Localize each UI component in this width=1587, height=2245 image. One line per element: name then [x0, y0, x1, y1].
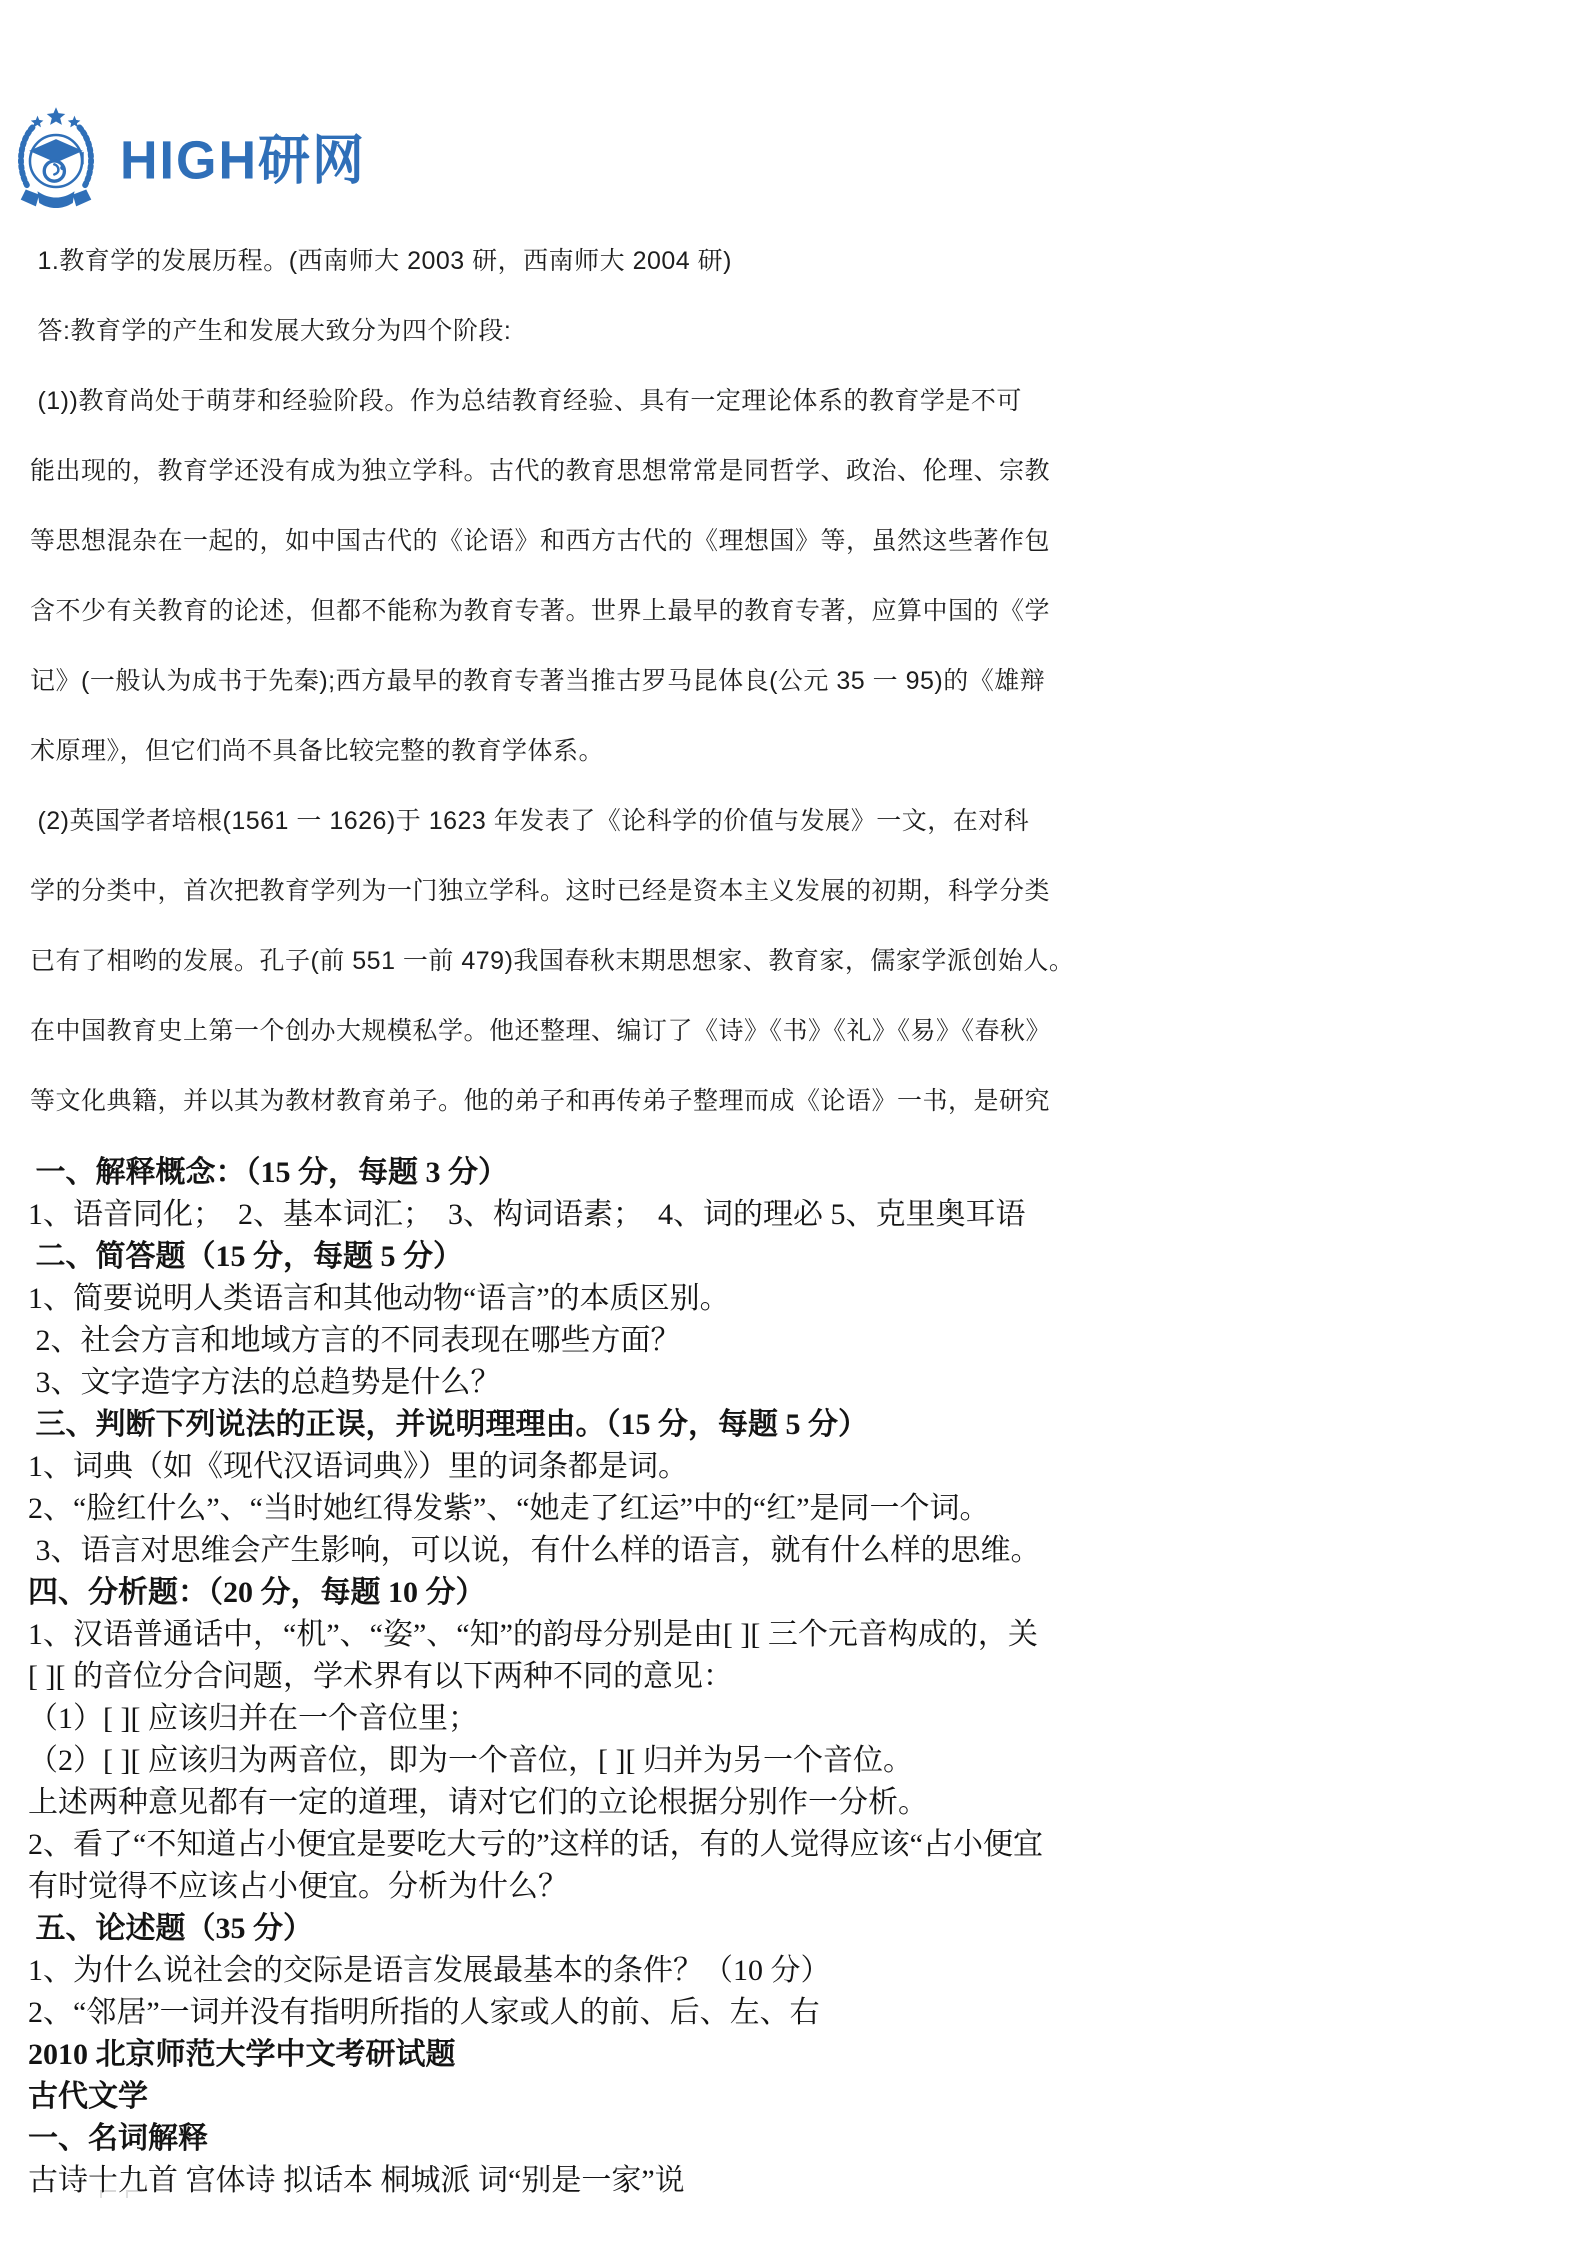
exam-text-line: 2、“邻居”一词并没有指明所指的人家或人的前、后、左、右: [28, 1992, 1587, 2034]
notes-text-line: (1))教育尚处于萌芽和经验阶段。作为总结教育经验、具有一定理论体系的教育学是不…: [30, 366, 1587, 436]
exam-text-line: 二、简答题（15 分，每题 5 分）: [28, 1236, 1587, 1278]
logo-text: HIGH研网: [120, 134, 366, 188]
notes-text-line: 学的分类中，首次把教育学列为一门独立学科。这时已经是资本主义发展的初期，科学分类: [30, 856, 1587, 926]
notes-text-line: 答:教育学的产生和发展大致分为四个阶段:: [30, 296, 1587, 366]
exam-text-line: 2010 北京师范大学中文考研试题: [28, 2034, 1587, 2076]
truncated-line-artifact: [100, 2190, 160, 2198]
notes-text-line: 在中国教育史上第一个创办大规模私学。他还整理、编订了《诗》《书》《礼》《易》《春…: [30, 996, 1587, 1066]
notes-text-line: 1.教育学的发展历程。(西南师大 2003 研，西南师大 2004 研): [30, 226, 1587, 296]
exam-text-line: 2、“脸红什么”、“当时她红得发紫”、“她走了红运”中的“红”是同一个词。: [28, 1488, 1587, 1530]
site-logo: HIGH研网: [0, 0, 1587, 220]
notes-text-line: 含不少有关教育的论述，但都不能称为教育专著。世界上最早的教育专著，应算中国的《学: [30, 576, 1587, 646]
exam-text-line: 古代文学: [28, 2076, 1587, 2118]
exam-text-line: 1、词典（如《现代汉语词典》）里的词条都是词。: [28, 1446, 1587, 1488]
exam-text-line: 一、解释概念：（15 分，每题 3 分）: [28, 1152, 1587, 1194]
exam-text-line: 四、分析题：（20 分，每题 10 分）: [28, 1572, 1587, 1614]
notes-text-line: 能出现的，教育学还没有成为独立学科。古代的教育思想常常是同哲学、政治、伦理、宗教: [30, 436, 1587, 506]
exam-text-line: 有时觉得不应该占小便宜。分析为什么？: [28, 1866, 1587, 1908]
exam-text-line: 五、论述题（35 分）: [28, 1908, 1587, 1950]
exam-text-line: 三、判断下列说法的正误，并说明理理由。（15 分，每题 5 分）: [28, 1404, 1587, 1446]
exam-questions-section: 一、解释概念：（15 分，每题 3 分）1、语音同化； 2、基本词汇； 3、构词…: [28, 1152, 1587, 2202]
exam-text-line: 3、语言对思维会产生影响，可以说，有什么样的语言，就有什么样的思维。: [28, 1530, 1587, 1572]
exam-text-line: 3、文字造字方法的总趋势是什么？: [28, 1362, 1587, 1404]
logo-emblem-icon: [14, 105, 98, 217]
notes-text-line: 等思想混杂在一起的，如中国古代的《论语》和西方古代的《理想国》等，虽然这些著作包: [30, 506, 1587, 576]
exam-text-line: 1、为什么说社会的交际是语言发展最基本的条件？（10 分）: [28, 1950, 1587, 1992]
document-page: HIGH研网 1.教育学的发展历程。(西南师大 2003 研，西南师大 2004…: [0, 0, 1587, 2245]
exam-text-line: 古诗十九首 宫体诗 拟话本 桐城派 词“别是一家”说: [28, 2160, 1587, 2202]
notes-text-line: 记》(一般认为成书于先秦);西方最早的教育专著当推古罗马昆体良(公元 35 一 …: [30, 646, 1587, 716]
exam-text-line: 1、简要说明人类语言和其他动物“语言”的本质区别。: [28, 1278, 1587, 1320]
exam-text-line: （2）[ ][ 应该归为两音位，即为一个音位，[ ][ 归并为另一个音位。: [28, 1740, 1587, 1782]
pedagogy-notes-section: 1.教育学的发展历程。(西南师大 2003 研，西南师大 2004 研) 答:教…: [30, 226, 1587, 1136]
exam-text-line: （1）[ ][ 应该归并在一个音位里；: [28, 1698, 1587, 1740]
exam-text-line: 1、语音同化； 2、基本词汇； 3、构词语素； 4、词的理必 5、克里奥耳语: [28, 1194, 1587, 1236]
exam-text-line: [ ][ 的音位分合问题，学术界有以下两种不同的意见：: [28, 1656, 1587, 1698]
exam-text-line: 上述两种意见都有一定的道理，请对它们的立论根据分别作一分析。: [28, 1782, 1587, 1824]
exam-text-line: 1、汉语普通话中，“机”、“姿”、“知”的韵母分别是由[ ][ 三个元音构成的，…: [28, 1614, 1587, 1656]
exam-text-line: 2、社会方言和地域方言的不同表现在哪些方面？: [28, 1320, 1587, 1362]
notes-text-line: (2)英国学者培根(1561 一 1626)于 1623 年发表了《论科学的价值…: [30, 786, 1587, 856]
exam-text-line: 2、看了“不知道占小便宜是要吃大亏的”这样的话，有的人觉得应该“占小便宜: [28, 1824, 1587, 1866]
notes-text-line: 已有了相哟的发展。孔子(前 551 一前 479)我国春秋末期思想家、教育家，儒…: [30, 926, 1587, 996]
notes-text-line: 术原理》，但它们尚不具备比较完整的教育学体系。: [30, 716, 1587, 786]
notes-text-line: 等文化典籍，并以其为教材教育弟子。他的弟子和再传弟子整理而成《论语》一书，是研究: [30, 1066, 1587, 1136]
exam-text-line: 一、名词解释: [28, 2118, 1587, 2160]
